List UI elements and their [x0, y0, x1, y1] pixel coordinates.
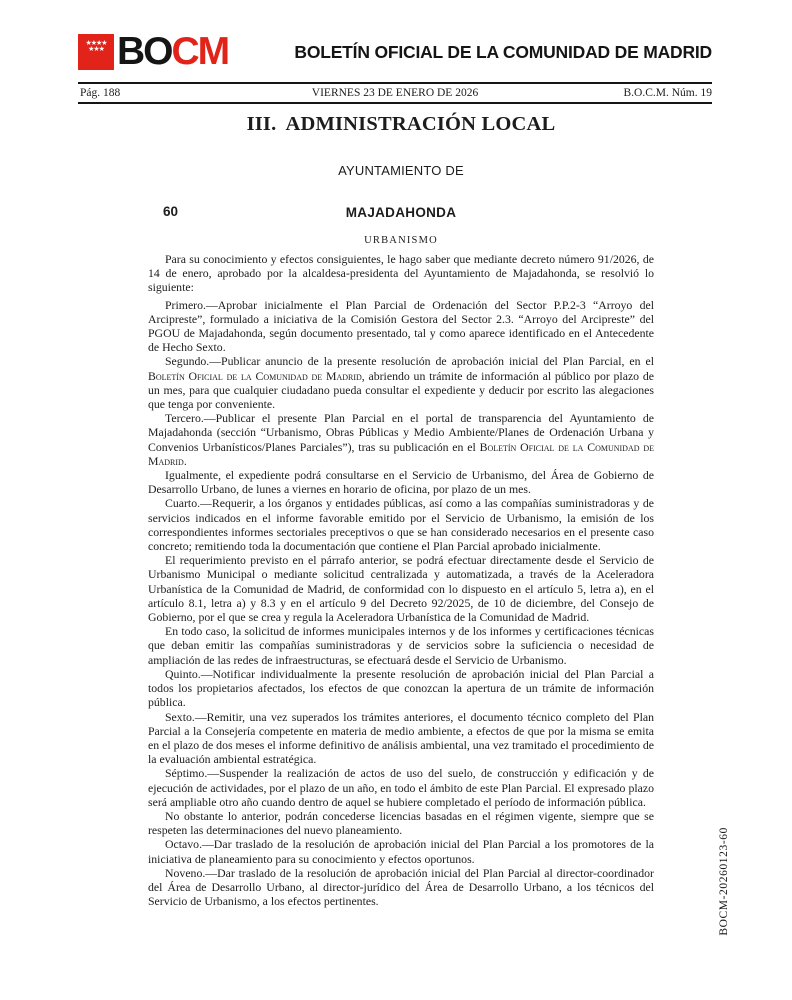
paragraph-segment: Sexto.—Remitir, una vez superados los tr…: [148, 710, 654, 767]
paragraph-segment: Igualmente, el expediente podrá consulta…: [148, 468, 654, 496]
category-heading: URBANISMO: [148, 235, 654, 247]
flag-stars-bottom: ★★★: [88, 46, 104, 52]
body-paragraph: Séptimo.—Suspender la realización de act…: [148, 766, 654, 809]
section-title: III.ADMINISTRACIÓN LOCAL: [148, 113, 654, 136]
bocm-logo: ★★★★ ★★★ BOCM: [78, 34, 228, 70]
issue-number-label: B.O.C.M. Núm. 19: [624, 85, 713, 101]
section-title-text: ADMINISTRACIÓN LOCAL: [285, 113, 555, 135]
logo-text-bo: BO: [117, 30, 172, 73]
body-paragraph: En todo caso, la solicitud de informes m…: [148, 624, 654, 667]
body-paragraph: El requerimiento previsto en el párrafo …: [148, 553, 654, 624]
paragraph-segment: Primero.—Aprobar inicialmente el Plan Pa…: [148, 298, 654, 355]
gazette-title: BOLETÍN OFICIAL DE LA COMUNIDAD DE MADRI…: [294, 42, 712, 63]
body-paragraph: Primero.—Aprobar inicialmente el Plan Pa…: [148, 298, 654, 355]
paragraph-segment: Para su conocimiento y efectos consiguie…: [148, 252, 654, 294]
body-paragraph: Igualmente, el expediente podrá consulta…: [148, 468, 654, 496]
org-line: AYUNTAMIENTO DE: [148, 163, 654, 178]
header-rule-bottom: [78, 102, 712, 104]
logo-text-cm: CM: [172, 30, 229, 73]
header-rule-top: [78, 82, 712, 84]
document-code-vertical: BOCM-20260123-60: [718, 827, 730, 936]
body-paragraph: Para su conocimiento y efectos consiguie…: [148, 252, 654, 295]
issue-date: VIERNES 23 DE ENERO DE 2026: [312, 85, 478, 101]
gazette-page: ★★★★ ★★★ BOCM BOLETÍN OFICIAL DE LA COMU…: [0, 0, 792, 1000]
announcement-number: 60: [163, 204, 178, 220]
section-headings: III.ADMINISTRACIÓN LOCAL AYUNTAMIENTO DE…: [148, 113, 654, 247]
municipality-name: MAJADAHONDA: [346, 205, 457, 220]
paragraph-segment: Cuarto.—Requerir, a los órganos y entida…: [148, 496, 654, 553]
body-paragraph: Sexto.—Remitir, una vez superados los tr…: [148, 710, 654, 767]
body-paragraph: Quinto.—Notificar individualmente la pre…: [148, 667, 654, 710]
document-body: Para su conocimiento y efectos consiguie…: [148, 252, 654, 908]
body-paragraph: Noveno.—Dar traslado de la resolución de…: [148, 866, 654, 909]
gazette-name-smallcaps: Boletín Oficial de la Comunidad de Madri…: [148, 369, 362, 383]
body-paragraph: Tercero.—Publicar el presente Plan Parci…: [148, 411, 654, 468]
logo-wordmark: BOCM: [117, 34, 228, 70]
masthead: ★★★★ ★★★ BOCM BOLETÍN OFICIAL DE LA COMU…: [78, 34, 712, 70]
body-paragraph: Cuarto.—Requerir, a los órganos y entida…: [148, 496, 654, 553]
paragraph-segment: Séptimo.—Suspender la realización de act…: [148, 766, 654, 808]
municipality-row: 60 MAJADAHONDA: [148, 204, 654, 221]
paragraph-segment: Quinto.—Notificar individualmente la pre…: [148, 667, 654, 709]
section-title-number: III.: [247, 113, 277, 135]
paragraph-segment: El requerimiento previsto en el párrafo …: [148, 553, 654, 624]
madrid-flag-icon: ★★★★ ★★★: [78, 34, 114, 70]
paragraph-segment: Noveno.—Dar traslado de la resolución de…: [148, 866, 654, 908]
paragraph-segment: .: [184, 454, 187, 468]
paragraph-segment: Octavo.—Dar traslado de la resolución de…: [148, 837, 654, 865]
page-number-label: Pág. 188: [80, 85, 120, 101]
paragraph-segment: No obstante lo anterior, podrán conceder…: [148, 809, 654, 837]
body-paragraph: Octavo.—Dar traslado de la resolución de…: [148, 837, 654, 865]
body-paragraph: No obstante lo anterior, podrán conceder…: [148, 809, 654, 837]
issue-info-row: Pág. 188 VIERNES 23 DE ENERO DE 2026 B.O…: [78, 85, 712, 101]
paragraph-segment: En todo caso, la solicitud de informes m…: [148, 624, 654, 666]
paragraph-segment: Segundo.—Publicar anuncio de la presente…: [165, 354, 654, 368]
body-paragraph: Segundo.—Publicar anuncio de la presente…: [148, 354, 654, 411]
